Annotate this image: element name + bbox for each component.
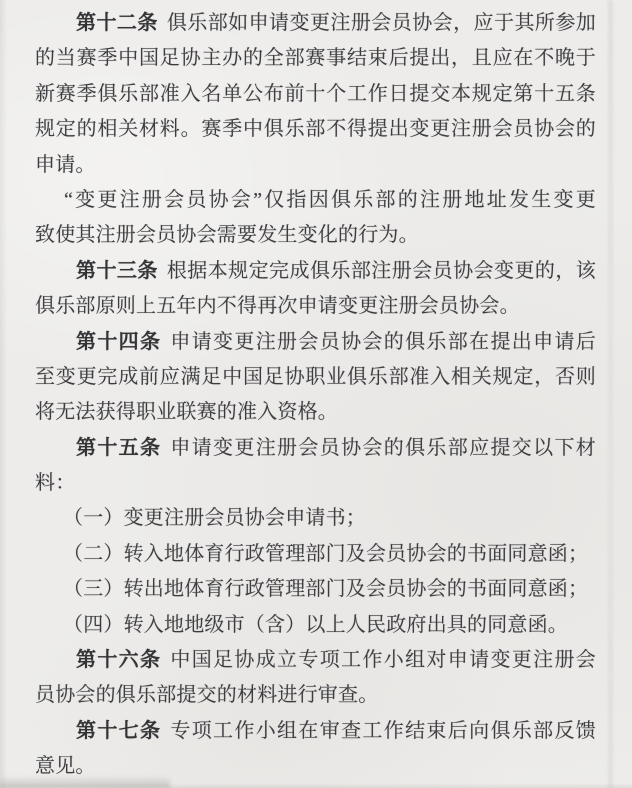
article-number: 第十五条 [76, 437, 161, 459]
article-number: 第十四条 [76, 331, 161, 353]
text-line: 员协会的俱乐部提交的材料进行审查。 [35, 678, 596, 713]
text-line: “变更注册会员协会”仅指因俱乐部的注册地址发生变更 [35, 183, 596, 218]
article-number: 第十二条 [76, 12, 158, 34]
text-line: 至变更完成前应满足中国足协职业俱乐部准入相关规定，否则 [35, 360, 596, 395]
text-line: （一）变更注册会员协会申请书； [35, 501, 596, 536]
text-line: 规定的相关材料。赛季中俱乐部不得提出变更注册会员协会的 [35, 112, 596, 147]
text-line: 致使其注册会员协会需要发生变化的行为。 [35, 218, 596, 253]
article-number: 第十三条 [76, 260, 158, 282]
text-line: 料： [35, 466, 596, 501]
text-line: 第十二条俱乐部如申请变更注册会员协会，应于其所参加 [35, 6, 596, 41]
text-line: （二）转入地体育行政管理部门及会员协会的书面同意函； [35, 537, 596, 572]
text-line: 第十四条申请变更注册会员协会的俱乐部在提出申请后 [35, 325, 596, 360]
text-line: 第十五条申请变更注册会员协会的俱乐部应提交以下材 [35, 431, 596, 466]
text-line: 申请。 [35, 148, 596, 183]
document-body: 第十二条俱乐部如申请变更注册会员协会，应于其所参加的当赛季中国足协主办的全部赛事… [35, 6, 596, 785]
text-line: 新赛季俱乐部准入名单公布前十个工作日提交本规定第十五条 [35, 77, 596, 112]
scan-streak-artifact [608, 0, 613, 788]
text-line: 第十六条中国足协成立专项工作小组对申请变更注册会 [35, 643, 596, 678]
text-line: 第十七条专项工作小组在审查工作结束后向俱乐部反馈 [35, 714, 596, 749]
text-line: 俱乐部原则上五年内不得再次申请变更注册会员协会。 [35, 289, 596, 324]
text-line: （四）转入地地级市（含）以上人民政府出具的同意函。 [35, 608, 596, 643]
text-line: 的当赛季中国足协主办的全部赛事结束后提出，且应在不晚于 [35, 41, 596, 76]
text-line: 将无法获得职业联赛的准入资格。 [35, 395, 596, 430]
scanned-document-page: 第十二条俱乐部如申请变更注册会员协会，应于其所参加的当赛季中国足协主办的全部赛事… [0, 0, 632, 788]
text-line: 意见。 [35, 749, 596, 784]
text-line: （三）转出地体育行政管理部门及会员协会的书面同意函； [35, 572, 596, 607]
article-number: 第十六条 [76, 649, 161, 671]
text-line: 第十三条根据本规定完成俱乐部注册会员协会变更的，该 [35, 254, 596, 289]
article-number: 第十七条 [76, 720, 161, 742]
